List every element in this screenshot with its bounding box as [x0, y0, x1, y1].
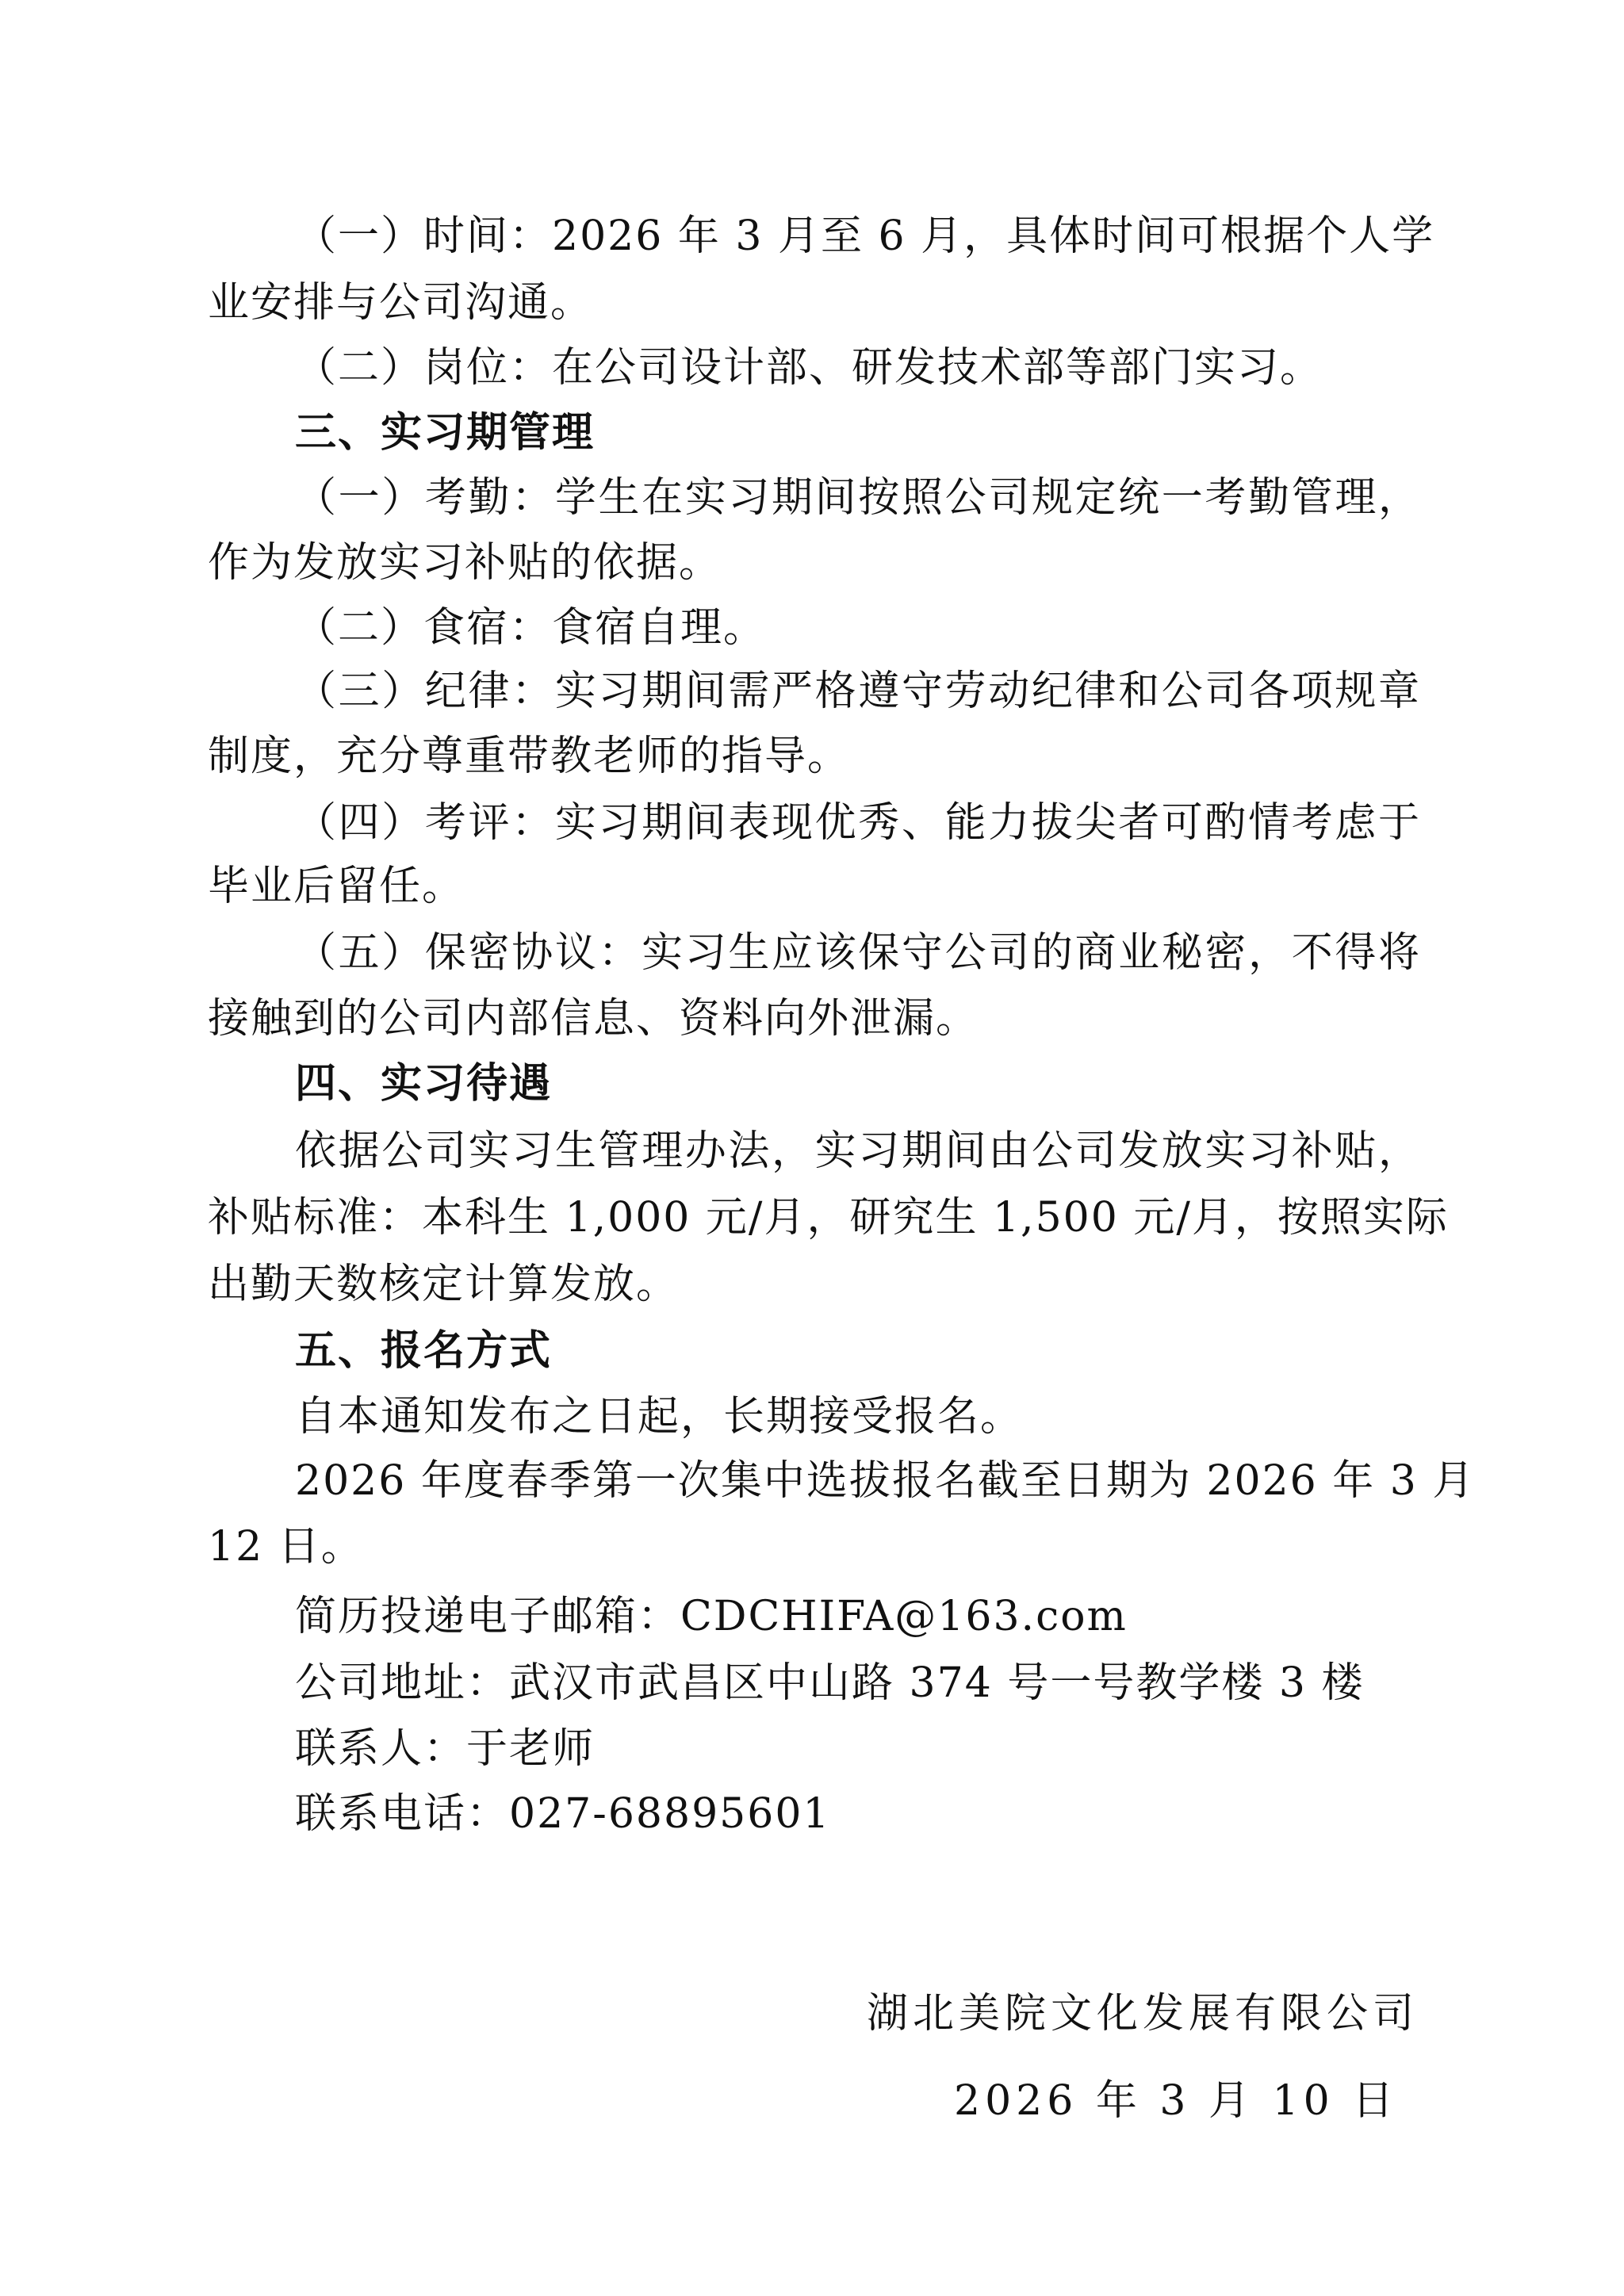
phone-row: 联系电话：027-68895601 [295, 1781, 1421, 1847]
section-heading-registration: 五、报名方式 [295, 1318, 1421, 1384]
item-time-line-1: （一）时间：2026 年 3 月至 6 月，具体时间可根据个人学 [295, 203, 1421, 270]
email-row: 简历投递电子邮箱：CDCHIFA@163.com [295, 1583, 1421, 1650]
item-discipline-line-2: 制度，充分尊重带教老师的指导。 [208, 723, 1421, 790]
contact-label: 联系人： [295, 1725, 466, 1773]
phone-label: 联系电话： [295, 1790, 509, 1838]
item-confidentiality-line-1: （五）保密协议：实习生应该保守公司的商业秘密，不得将 [295, 920, 1421, 986]
contact-value: 于老师 [466, 1725, 595, 1773]
address-value: 武汉市武昌区中山路 374 号一号教学楼 3 楼 [509, 1659, 1364, 1707]
email-label: 简历投递电子邮箱： [295, 1593, 680, 1640]
phone-value: 027-68895601 [509, 1790, 831, 1838]
contact-row: 联系人：于老师 [295, 1716, 1421, 1782]
item-discipline-line-1: （三）纪律：实习期间需严格遵守劳动纪律和公司各项规章 [295, 658, 1421, 725]
address-row: 公司地址：武汉市武昌区中山路 374 号一号教学楼 3 楼 [295, 1650, 1421, 1716]
compensation-line-3: 出勤天数核定计算发放。 [208, 1251, 1421, 1318]
signature-company: 湖北美院文化发展有限公司 [867, 1980, 1419, 2047]
item-board: （二）食宿：食宿自理。 [295, 595, 1421, 661]
address-label: 公司地址： [295, 1659, 509, 1707]
signature-date: 2026 年 3 月 10 日 [954, 2068, 1398, 2134]
email-address[interactable]: CDCHIFA@163.com [680, 1593, 1128, 1640]
section-heading-management: 三、实习期管理 [295, 400, 1421, 466]
item-attendance-line-1: （一）考勤：学生在实习期间按照公司规定统一考勤管理， [295, 465, 1421, 531]
registration-deadline-line-1: 2026 年度春季第一次集中选拔报名截至日期为 2026 年 3 月 [295, 1448, 1421, 1514]
document-page: （一）时间：2026 年 3 月至 6 月，具体时间可根据个人学 业安排与公司沟… [0, 0, 1624, 2296]
item-confidentiality-line-2: 接触到的公司内部信息、资料向外泄漏。 [208, 985, 1421, 1052]
item-attendance-line-2: 作为发放实习补贴的依据。 [208, 530, 1421, 596]
item-evaluation-line-2: 毕业后留任。 [208, 853, 1421, 920]
registration-deadline-line-2: 12 日。 [208, 1513, 1421, 1580]
compensation-line-2: 补贴标准：本科生 1,000 元/月，研究生 1,500 元/月，按照实际 [208, 1184, 1421, 1251]
compensation-line-1: 依据公司实习生管理办法，实习期间由公司发放实习补贴， [295, 1118, 1421, 1184]
item-evaluation-line-1: （四）考评：实习期间表现优秀、能力拔尖者可酌情考虑于 [295, 790, 1421, 856]
item-time-line-2: 业安排与公司沟通。 [208, 270, 1421, 336]
registration-intro: 自本通知发布之日起，长期接受报名。 [295, 1383, 1421, 1450]
section-heading-compensation: 四、实习待遇 [295, 1050, 1421, 1117]
item-position: （二）岗位：在公司设计部、研发技术部等部门实习。 [295, 335, 1421, 401]
